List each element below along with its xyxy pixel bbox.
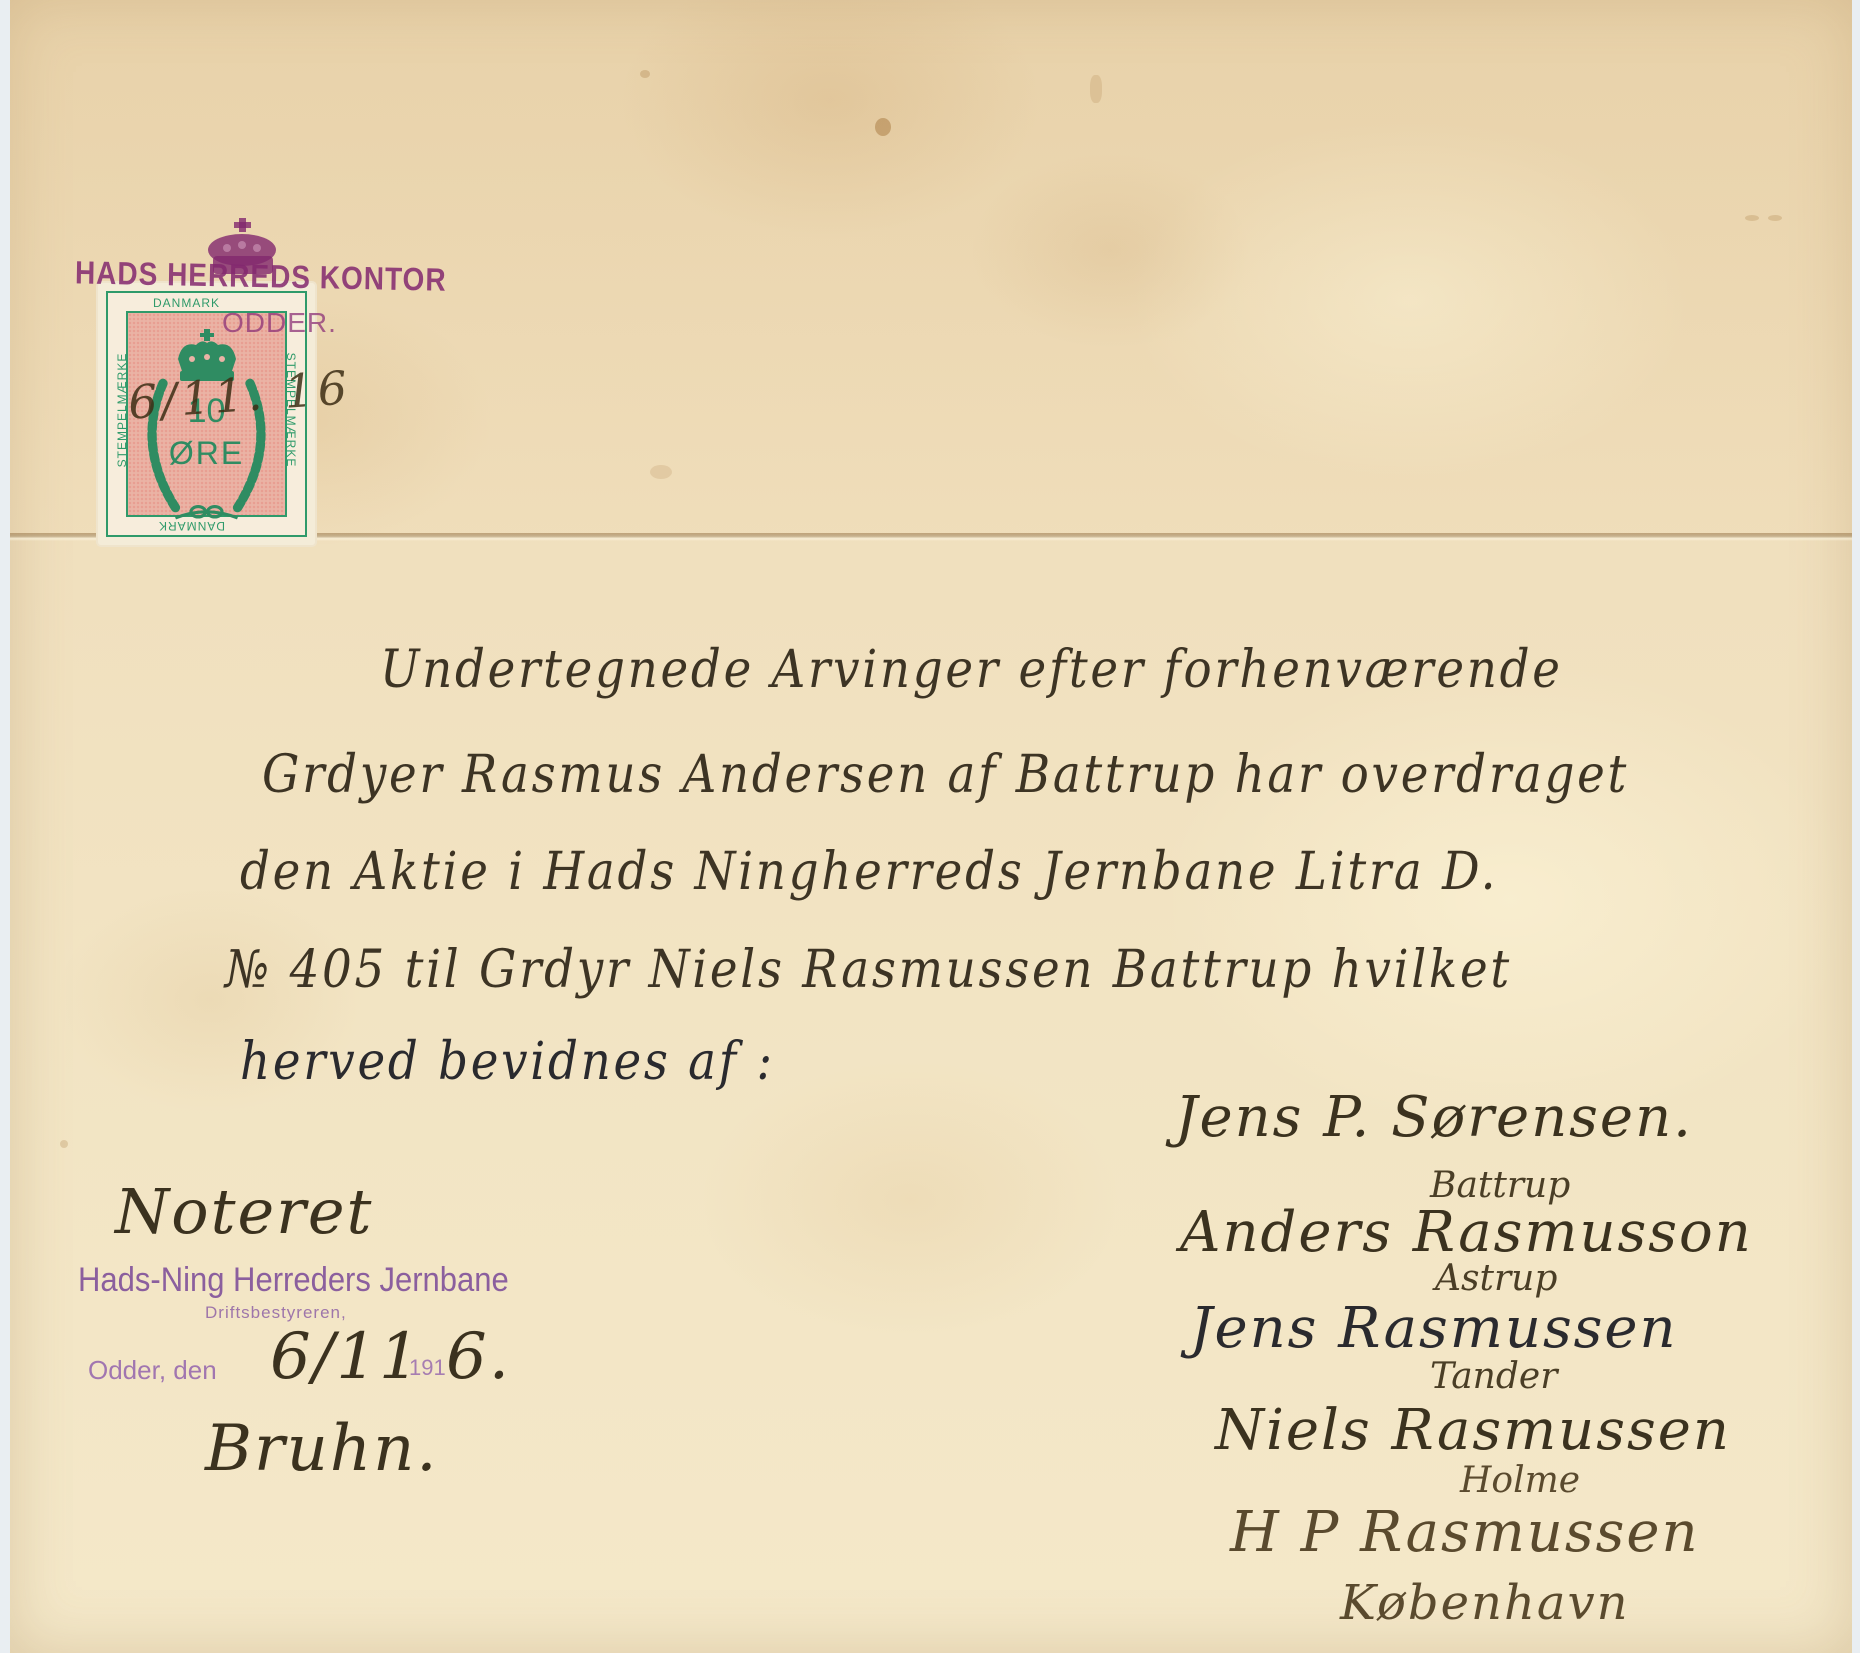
body-line-1: Undertegnede Arvinger efter forhenværend… xyxy=(380,640,1563,700)
body-line-5: herved bevidnes af : xyxy=(240,1032,775,1092)
body-line-4: № 405 til Grdyr Niels Rasmussen Battrup … xyxy=(225,940,1512,1000)
stamp-country-top: DANMARK xyxy=(153,296,220,310)
office-stamp-line1: HADS HERREDS KONTOR xyxy=(75,255,447,299)
age-spot xyxy=(60,1140,68,1148)
body-line-2: Grdyer Rasmus Andersen af Battrup har ov… xyxy=(262,745,1629,805)
age-spot xyxy=(650,465,672,479)
signatory-4-place: Tander xyxy=(1430,1356,1557,1397)
signatory-1-name: Jens P. Sørensen. xyxy=(1175,1085,1693,1150)
signatory-5-city: København xyxy=(1340,1575,1630,1631)
scanned-document: DANMARK DANMARK STEMPELMÆRKE STEMPELMÆRK… xyxy=(0,0,1860,1653)
registrar-signature: Bruhn. xyxy=(205,1412,439,1486)
age-spot xyxy=(1745,215,1759,221)
age-spot xyxy=(1768,215,1782,221)
age-spot xyxy=(875,118,891,136)
age-spot xyxy=(640,70,650,78)
registration-date: 6/11 xyxy=(270,1320,422,1394)
body-line-3: den Aktie i Hads Ningherreds Jernbane Li… xyxy=(240,842,1498,902)
age-spot xyxy=(1090,75,1102,103)
railway-stamp-title: Hads-Ning Herreders Jernbane xyxy=(78,1260,509,1300)
registration-year-digit: 6. xyxy=(446,1320,511,1394)
office-stamp-line2: ODDER. xyxy=(222,307,337,339)
signatory-5-place: Holme xyxy=(1460,1460,1580,1501)
noted-annotation: Noteret xyxy=(115,1175,373,1248)
railway-stamp-place: Odder, den xyxy=(88,1355,217,1386)
signatory-5-name: H P Rasmussen xyxy=(1230,1500,1700,1565)
railway-stamp-year: 191 xyxy=(409,1355,446,1381)
signatory-2-name: Anders Rasmusson xyxy=(1180,1200,1753,1265)
signatory-3-name: Jens Rasmussen xyxy=(1190,1296,1678,1361)
stamp-unit: ØRE xyxy=(128,435,285,472)
signatory-4-name: Niels Rasmussen xyxy=(1215,1398,1731,1463)
signatory-3-place: Astrup xyxy=(1435,1258,1557,1299)
